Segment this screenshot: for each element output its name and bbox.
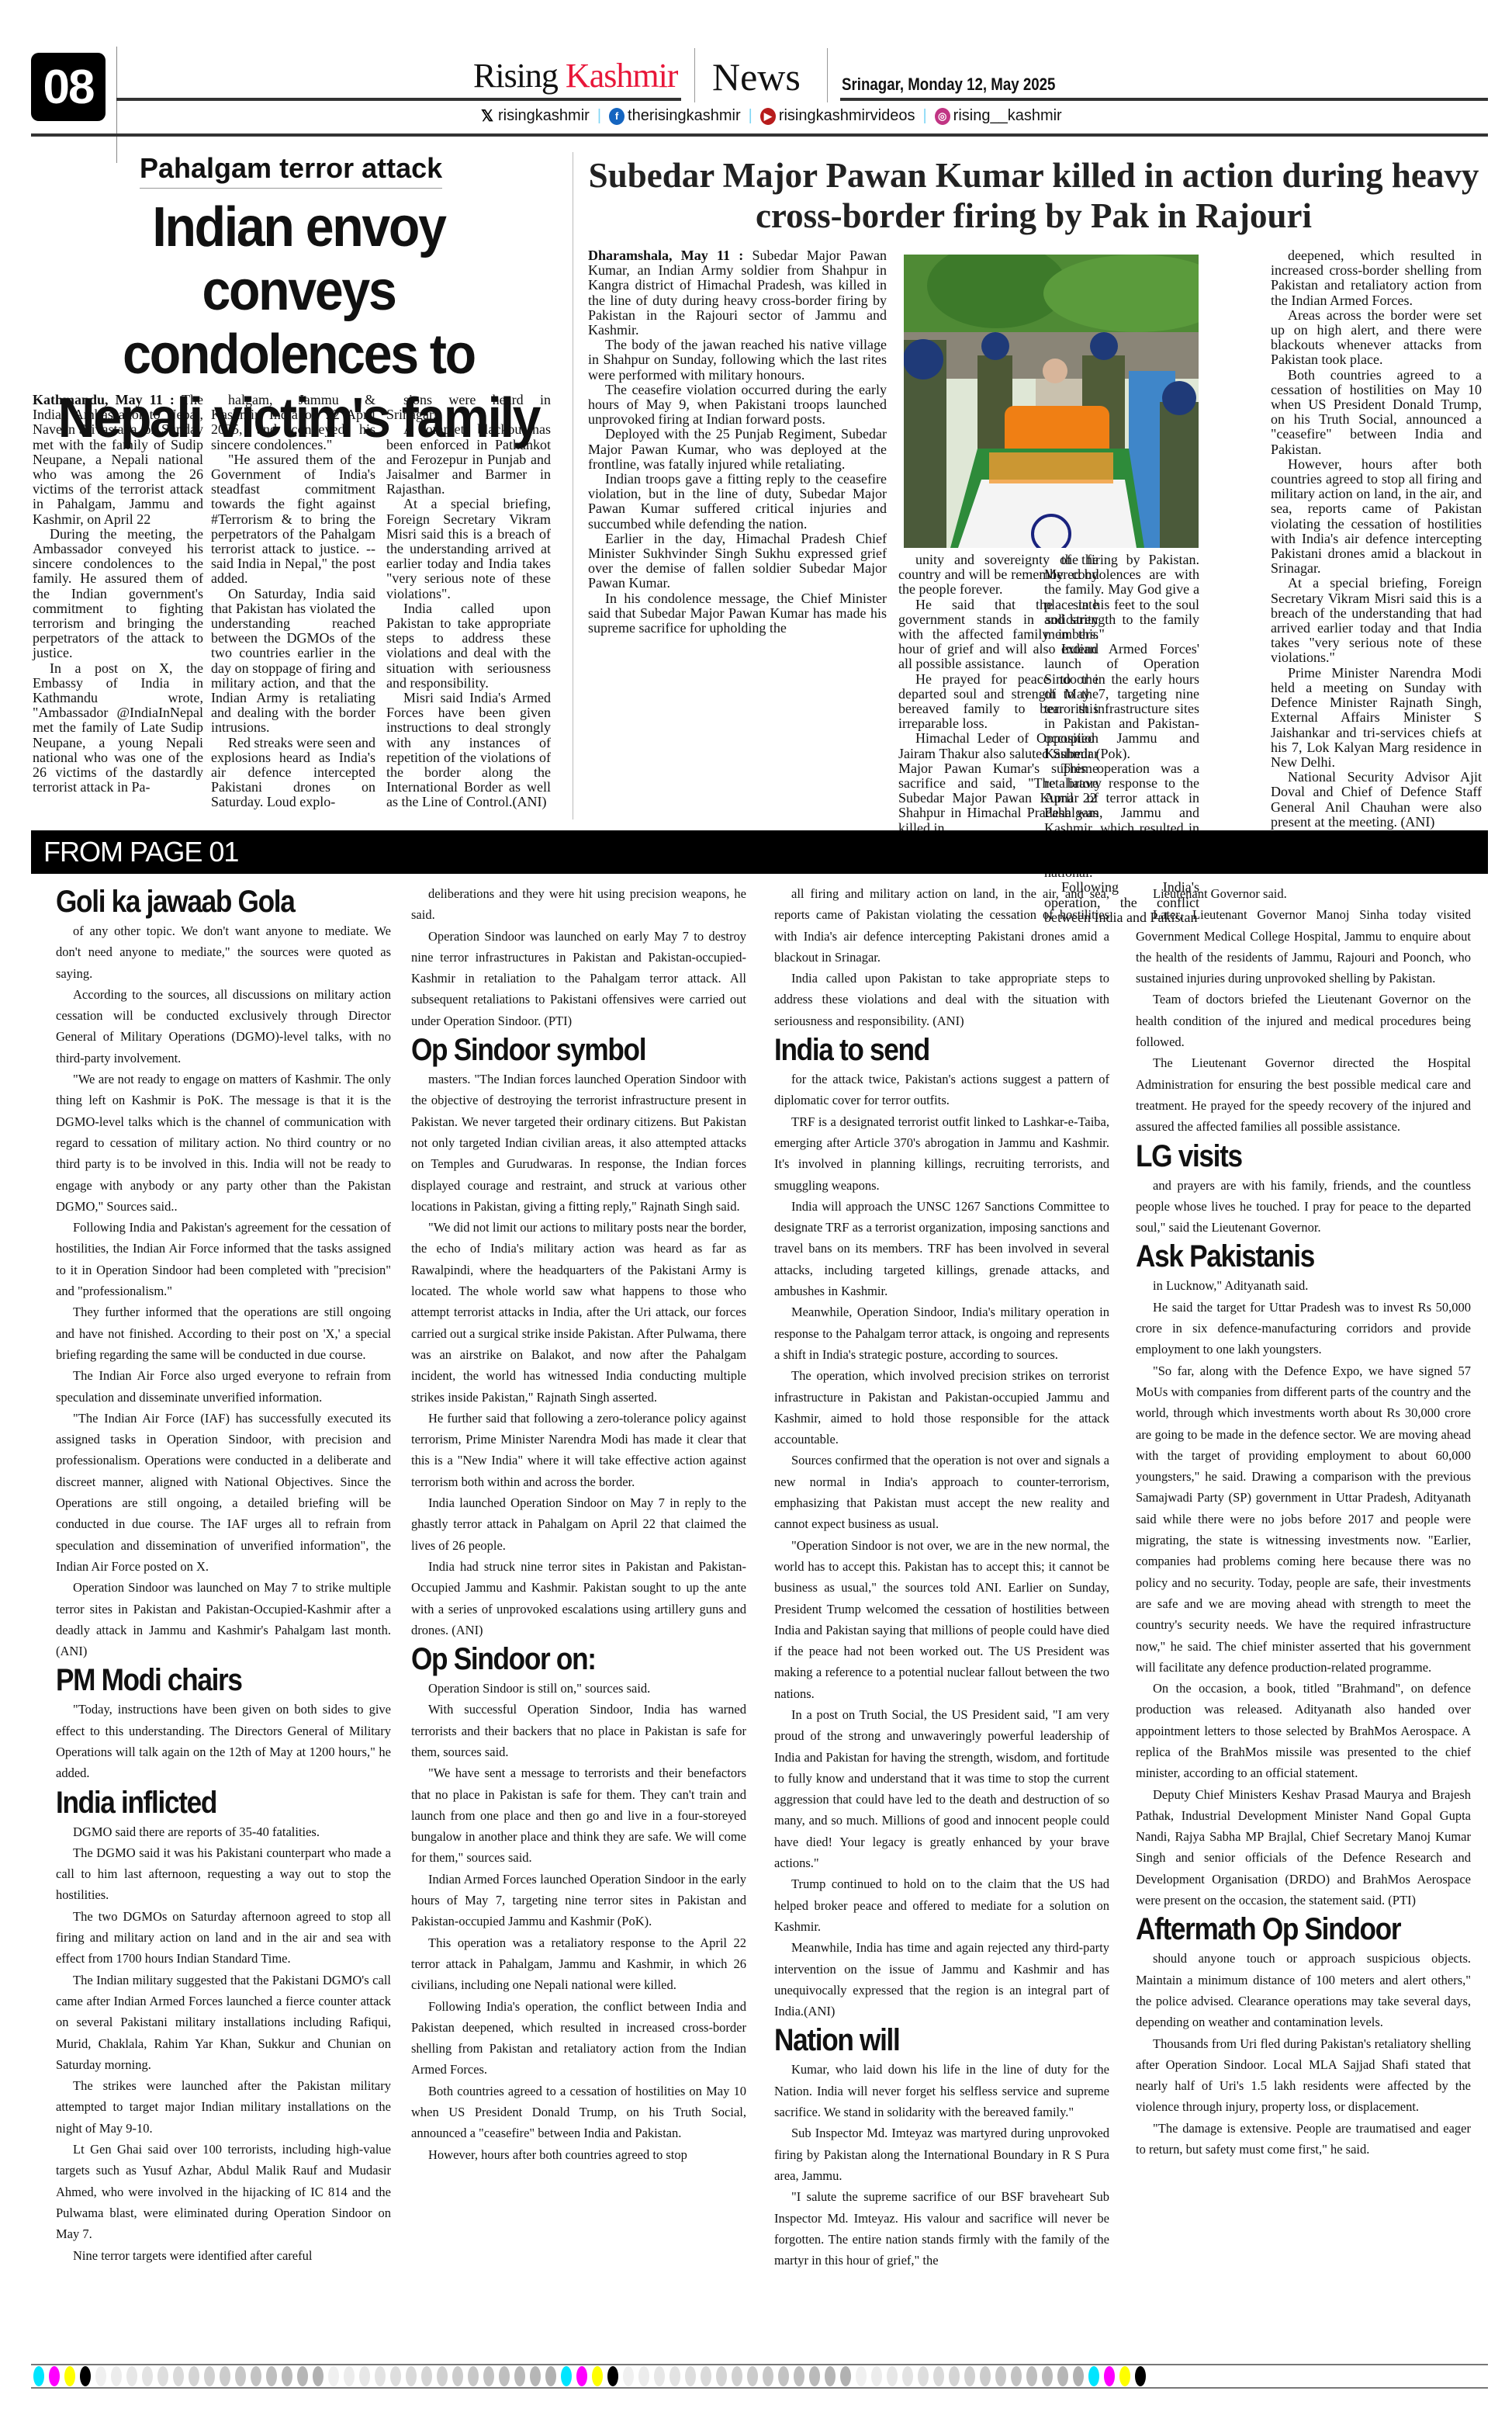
article-paragraph: The operation, which involved precision …	[774, 1365, 1109, 1450]
gray-density-patch	[1026, 2366, 1037, 2386]
gray-density-patch	[809, 2366, 820, 2386]
article-paragraph: Prime Minister Narendra Modi held a meet…	[1271, 666, 1482, 770]
article-paragraph: Following India's operation, the conflic…	[411, 1996, 746, 2081]
gray-density-patch	[328, 2366, 339, 2386]
social-link[interactable]: ftherisingkashmir	[609, 107, 741, 125]
article-paragraph: Meanwhile, Operation Sindoor, India's mi…	[774, 1301, 1109, 1365]
gray-density-patch	[638, 2366, 649, 2386]
article-paragraph: halgam, Jammu & Kashmir, India on 22 Apr…	[211, 393, 375, 452]
article-paragraph: India had struck nine terror sites in Pa…	[411, 1556, 746, 1641]
article-paragraph: Areas across the border were set up on h…	[1271, 308, 1482, 368]
article-paragraph: "He assured them of the Government of In…	[211, 452, 375, 587]
column-divider	[573, 152, 573, 819]
article-paragraph: Lieutenant Governor said.	[1136, 883, 1471, 904]
gray-density-patch	[204, 2366, 215, 2386]
section-subhead: India inflicted	[56, 1784, 351, 1821]
gray-density-patch	[933, 2366, 944, 2386]
article-paragraph: He said the target for Uttar Pradesh was…	[1136, 1297, 1471, 1360]
social-handle: risingkashmir	[498, 107, 590, 125]
from-page-column-4: Lieutenant Governor said.Later, Lieutena…	[1136, 883, 1471, 2160]
header-divider	[827, 48, 828, 102]
article-paragraph: "I salute the supreme sacrifice of our B…	[774, 2186, 1109, 2271]
article-paragraph: "So far, along with the Defence Expo, we…	[1136, 1360, 1471, 1678]
story-dateline: Kathmandu, May 11 :	[33, 392, 182, 407]
section-subhead: Nation will	[774, 2022, 1069, 2059]
section-subhead: Aftermath Op Sindoor	[1136, 1911, 1431, 1948]
article-paragraph: "We have sent a message to terrorists an…	[411, 1762, 746, 1868]
section-subhead: Op Sindoor symbol	[411, 1031, 706, 1069]
article-paragraph: However, hours after both countries agre…	[411, 2144, 746, 2165]
gray-density-patch	[685, 2366, 696, 2386]
article-paragraph: Operation Sindoor is still on," sources …	[411, 1678, 746, 1699]
masthead-logo[interactable]: Rising Kashmir	[473, 56, 677, 95]
social-separator: |	[922, 107, 926, 125]
story2-headline[interactable]: Subedar Major Pawan Kumar killed in acti…	[578, 155, 1490, 236]
article-paragraph: He further said that following a zero-to…	[411, 1408, 746, 1492]
article-paragraph: Red streaks were seen and explosions hea…	[211, 736, 375, 810]
article-paragraph: Misri said India's Armed Forces have bee…	[386, 691, 551, 810]
gray-density-patch	[251, 2366, 261, 2386]
gray-density-patch	[1011, 2366, 1022, 2386]
masthead-kashmir: Kashmir	[566, 57, 678, 95]
funeral-photo-image	[904, 255, 1199, 548]
article-paragraph: In a post on Truth Social, the US Presid…	[774, 1704, 1109, 1873]
gray-density-patch	[856, 2366, 867, 2386]
gray-density-patch	[545, 2366, 556, 2386]
gray-density-patch	[716, 2366, 727, 2386]
gray-density-patch	[344, 2366, 355, 2386]
article-paragraph: Operation Sindoor was launched on early …	[411, 926, 746, 1031]
article-paragraph: Operation Sindoor was launched on May 7 …	[56, 1577, 391, 1661]
gray-density-patch	[157, 2366, 168, 2386]
article-paragraph: According to the sources, all discussion…	[56, 984, 391, 1069]
issue-dateline: Srinagar, Monday 12, May 2025	[842, 74, 1055, 95]
gray-density-patch	[282, 2366, 292, 2386]
from-page-column-3: all firing and military action on land, …	[774, 883, 1109, 2271]
article-paragraph: With successful Operation Sindoor, India…	[411, 1699, 746, 1762]
gray-density-patch	[902, 2366, 913, 2386]
gray-density-patch	[995, 2366, 1006, 2386]
social-handles: 𝕏risingkashmir|ftherisingkashmir|▶rising…	[479, 107, 1062, 125]
color-registration-dot	[1088, 2366, 1099, 2386]
article-paragraph: A complete blackout has been enforced in…	[386, 422, 551, 497]
gray-density-patch	[173, 2366, 184, 2386]
gray-density-patch	[390, 2366, 401, 2386]
article-paragraph: India will approach the UNSC 1267 Sancti…	[774, 1196, 1109, 1301]
header-divider	[116, 47, 117, 163]
header-divider	[694, 48, 695, 102]
gray-density-patch	[964, 2366, 975, 2386]
facebook-icon: f	[609, 108, 625, 125]
story2-column-4: deepened, which resulted in increased cr…	[1271, 248, 1482, 830]
gray-density-patch	[623, 2366, 634, 2386]
gray-density-patch	[375, 2366, 386, 2386]
color-registration-dot	[49, 2366, 60, 2386]
social-handle: risingkashmirvideos	[779, 107, 915, 125]
article-paragraph: The DGMO said it was his Pakistani count…	[56, 1842, 391, 1906]
gray-density-patch	[189, 2366, 199, 2386]
color-registration-dot	[1135, 2366, 1146, 2386]
article-paragraph: "Today, instructions have been given on …	[56, 1699, 391, 1783]
gray-density-patch	[670, 2366, 680, 2386]
article-paragraph: Thousands from Uri fled during Pakistan'…	[1136, 2033, 1471, 2118]
section-subhead: Goli ka jawaab Gola	[56, 883, 351, 920]
social-separator: |	[749, 107, 753, 125]
gray-density-patch	[421, 2366, 432, 2386]
color-registration-dot	[1104, 2366, 1115, 2386]
article-paragraph: Dharamshala, May 11 : Subedar Major Pawa…	[588, 248, 887, 338]
article-paragraph: Indian Armed Forces' launch of Operation…	[1044, 642, 1199, 761]
gray-density-patch	[220, 2366, 230, 2386]
gray-density-patch	[763, 2366, 773, 2386]
article-paragraph: During the meeting, the Ambassador conve…	[33, 527, 203, 661]
header-rule	[116, 98, 681, 101]
article-paragraph: Meanwhile, India has time and again reje…	[774, 1937, 1109, 2022]
article-paragraph: of any other topic. We don't want anyone…	[56, 920, 391, 984]
article-paragraph: India called upon Pakistan to take appro…	[774, 968, 1109, 1031]
article-paragraph: Following India and Pakistan's agreement…	[56, 1217, 391, 1301]
article-paragraph: Team of doctors briefed the Lieutenant G…	[1136, 989, 1471, 1052]
article-paragraph: Nine terror targets were identified afte…	[56, 2245, 391, 2266]
gray-density-patch	[359, 2366, 370, 2386]
article-paragraph: Both countries agreed to a cessation of …	[1271, 368, 1482, 457]
story1-column-2: halgam, Jammu & Kashmir, India on 22 Apr…	[211, 393, 375, 810]
article-paragraph: Kumar, who laid down his life in the lin…	[774, 2059, 1109, 2122]
article-paragraph: Indian Armed Forces launched Operation S…	[411, 1869, 746, 1932]
article-paragraph: Lt Gen Ghai said over 100 terrorists, in…	[56, 2139, 391, 2244]
article-paragraph: for the attack twice, Pakistan's actions…	[774, 1069, 1109, 1111]
social-handle: rising__kashmir	[953, 107, 1062, 125]
article-paragraph: Deputy Chief Ministers Keshav Prasad Mau…	[1136, 1784, 1471, 1911]
article-paragraph: India launched Operation Sindoor on May …	[411, 1492, 746, 1556]
color-registration-dot	[80, 2366, 91, 2386]
header-bottom-rule	[31, 133, 1488, 137]
gray-density-patch	[111, 2366, 122, 2386]
section-subhead: India to send	[774, 1031, 1069, 1069]
color-registration-dot	[592, 2366, 603, 2386]
instagram-icon: ◎	[935, 108, 950, 125]
gray-density-patch	[949, 2366, 960, 2386]
article-paragraph: Indian troops gave a fitting reply to th…	[588, 472, 887, 532]
article-paragraph: In his condolence message, the Chief Min…	[588, 591, 887, 636]
article-paragraph: On the occasion, a book, titled "Brahman…	[1136, 1678, 1471, 1783]
article-paragraph: The Indian Air Force also urged everyone…	[56, 1365, 391, 1408]
article-paragraph: The strikes were launched after the Paki…	[56, 2075, 391, 2139]
gray-density-patch	[747, 2366, 758, 2386]
social-handle: therisingkashmir	[628, 107, 741, 125]
article-paragraph: However, hours after both countries agre…	[1271, 457, 1482, 577]
social-separator: |	[597, 107, 601, 125]
gray-density-patch	[778, 2366, 789, 2386]
social-link[interactable]: ▶risingkashmirvideos	[760, 107, 915, 125]
gray-density-patch	[1057, 2366, 1068, 2386]
story2-photo[interactable]	[904, 255, 1199, 548]
section-subhead: Op Sindoor on:	[411, 1641, 706, 1678]
article-paragraph: The Indian military suggested that the P…	[56, 1970, 391, 2075]
article-paragraph: In a post on X, the Embassy of India in …	[33, 661, 203, 795]
section-subhead: Ask Pakistanis	[1136, 1238, 1431, 1275]
article-paragraph: They further informed that the operation…	[56, 1301, 391, 1365]
article-paragraph: "The Indian Air Force (IAF) has successf…	[56, 1408, 391, 1577]
from-page-column-1: Goli ka jawaab Golaof any other topic. W…	[56, 883, 391, 2266]
gray-density-patch	[468, 2366, 479, 2386]
article-paragraph: all firing and military action on land, …	[774, 883, 1109, 968]
article-paragraph: Deployed with the 25 Punjab Regiment, Su…	[588, 427, 887, 472]
article-paragraph: This operation was a retaliatory respons…	[411, 1932, 746, 1996]
article-paragraph: The Lieutenant Governor directed the Hos…	[1136, 1052, 1471, 1137]
social-link[interactable]: 𝕏risingkashmir	[479, 107, 590, 125]
article-paragraph: should anyone touch or approach suspicio…	[1136, 1948, 1471, 2032]
color-registration-dot	[561, 2366, 572, 2386]
gray-density-patch	[871, 2366, 882, 2386]
print-color-bar	[31, 2364, 1488, 2389]
article-paragraph: DGMO said there are reports of 35-40 fat…	[56, 1821, 391, 1842]
gray-density-patch	[654, 2366, 665, 2386]
gray-density-patch	[483, 2366, 494, 2386]
gray-density-patch	[142, 2366, 153, 2386]
masthead-rising: Rising	[473, 57, 558, 95]
gray-density-patch	[887, 2366, 898, 2386]
gray-density-patch	[918, 2366, 929, 2386]
story1-column-1: Kathmandu, May 11 : The Indian Ambassado…	[33, 393, 203, 795]
article-paragraph: On Saturday, India said that Pakistan ha…	[211, 587, 375, 736]
article-paragraph: Sub Inspector Md. Imteyaz was martyred d…	[774, 2122, 1109, 2186]
story-dateline: Dharamshala, May 11 :	[588, 248, 753, 263]
gray-density-patch	[499, 2366, 510, 2386]
color-registration-dot	[607, 2366, 618, 2386]
article-paragraph: At a special briefing, Foreign Secretary…	[386, 497, 551, 601]
gray-density-patch	[1042, 2366, 1053, 2386]
gray-density-patch	[297, 2366, 308, 2386]
gray-density-patch	[825, 2366, 836, 2386]
article-paragraph: The two DGMOs on Saturday afternoon agre…	[56, 1906, 391, 1970]
gray-density-patch	[1073, 2366, 1084, 2386]
article-paragraph: masters. "The Indian forces launched Ope…	[411, 1069, 746, 1217]
gray-density-patch	[406, 2366, 417, 2386]
gray-density-patch	[437, 2366, 448, 2386]
gray-density-patch	[313, 2366, 324, 2386]
from-page-banner: FROM PAGE 01	[31, 830, 1488, 874]
color-registration-dot	[64, 2366, 75, 2386]
article-paragraph: deepened, which resulted in increased cr…	[1271, 248, 1482, 308]
article-paragraph: Earlier in the day, Himachal Pradesh Chi…	[588, 532, 887, 591]
story2-column-1: Dharamshala, May 11 : Subedar Major Pawa…	[588, 248, 887, 636]
section-subhead: PM Modi chairs	[56, 1661, 351, 1699]
section-name: News	[712, 54, 801, 99]
gray-density-patch	[126, 2366, 137, 2386]
article-paragraph: in Lucknow," Adityanath said.	[1136, 1275, 1471, 1296]
header-rule	[840, 98, 1488, 101]
page-number: 08	[31, 53, 106, 121]
youtube-icon: ▶	[760, 108, 776, 125]
color-registration-dot	[33, 2366, 44, 2386]
article-paragraph: India called upon Pakistan to take appro…	[386, 601, 551, 691]
gray-density-patch	[514, 2366, 525, 2386]
article-paragraph: sions were heard in Srinagar.	[386, 393, 551, 422]
article-paragraph: Sources confirmed that the operation is …	[774, 1450, 1109, 1534]
social-link[interactable]: ◎rising__kashmir	[935, 107, 1062, 125]
gray-density-patch	[452, 2366, 463, 2386]
article-paragraph: At a special briefing, Foreign Secretary…	[1271, 576, 1482, 665]
article-paragraph: Later, Lieutenant Governor Manoj Sinha t…	[1136, 904, 1471, 989]
color-registration-dot	[576, 2366, 587, 2386]
gray-density-patch	[235, 2366, 246, 2386]
gray-density-patch	[732, 2366, 742, 2386]
gray-density-patch	[266, 2366, 277, 2386]
gray-density-patch	[980, 2366, 991, 2386]
article-paragraph: National Security Advisor Ajit Doval and…	[1271, 770, 1482, 830]
article-paragraph: TRF is a designated terrorist outfit lin…	[774, 1111, 1109, 1196]
story1-column-3: sions were heard in Srinagar.A complete …	[386, 393, 551, 810]
article-paragraph: The body of the jawan reached his native…	[588, 338, 887, 383]
gray-density-patch	[794, 2366, 804, 2386]
article-paragraph: and prayers are with his family, friends…	[1136, 1175, 1471, 1239]
article-paragraph: Both countries agreed to a cessation of …	[411, 2081, 746, 2144]
article-paragraph: the firing by Pakistan. My condolences a…	[1044, 553, 1199, 642]
from-page-column-2: deliberations and they were hit using pr…	[411, 883, 746, 2165]
article-paragraph: "Operation Sindoor is not over, we are i…	[774, 1535, 1109, 1704]
article-paragraph: Trump continued to hold on to the claim …	[774, 1873, 1109, 1937]
gray-density-patch	[530, 2366, 541, 2386]
gray-density-patch	[840, 2366, 851, 2386]
article-paragraph: "We are not ready to engage on matters o…	[56, 1069, 391, 1217]
article-paragraph: The ceasefire violation occurred during …	[588, 383, 887, 428]
article-paragraph: "The damage is extensive. People are tra…	[1136, 2118, 1471, 2160]
color-registration-dot	[1119, 2366, 1130, 2386]
x-icon: 𝕏	[479, 108, 495, 125]
story1-kicker: Pahalgam terror attack	[140, 152, 442, 189]
article-paragraph: Kathmandu, May 11 : The Indian Ambassado…	[33, 393, 203, 527]
article-paragraph: deliberations and they were hit using pr…	[411, 883, 746, 926]
article-paragraph: "We did not limit our actions to militar…	[411, 1217, 746, 1408]
gray-density-patch	[701, 2366, 711, 2386]
section-subhead: LG visits	[1136, 1138, 1431, 1175]
gray-density-patch	[95, 2366, 106, 2386]
